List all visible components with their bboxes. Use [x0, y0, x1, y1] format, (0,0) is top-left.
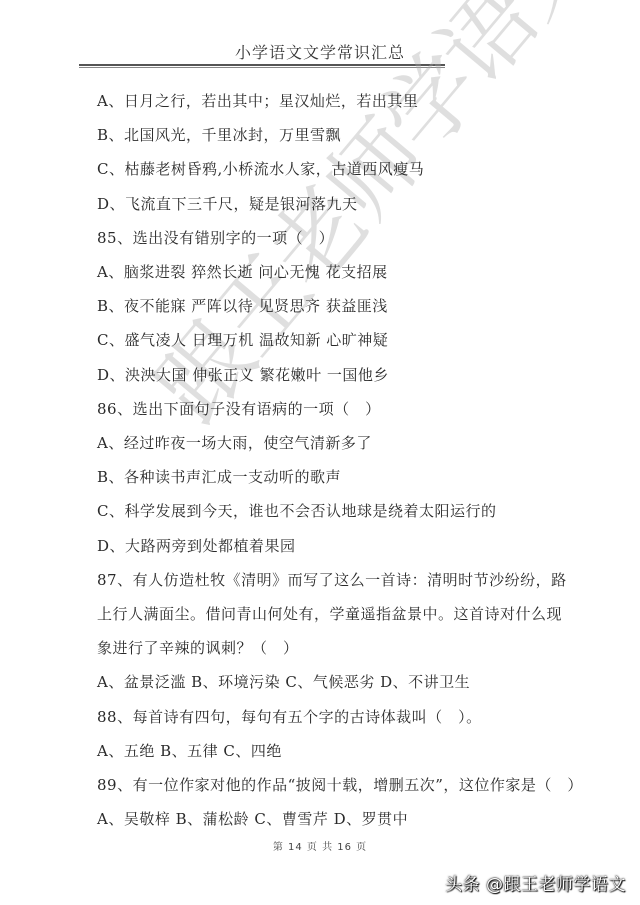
question-89: 89、有一位作家对他的作品“披阅十载，增删五次”，这位作家是（ ） — [97, 768, 547, 802]
question-87-cont: 上行人满面尘。借问青山何处有，学童遥指盆景中。这首诗对什么现 — [97, 597, 547, 631]
option-line: A、经过昨夜一场大雨，使空气清新多了 — [97, 426, 547, 460]
header-separator — [79, 64, 445, 68]
option-line: C、盛气凌人 日理万机 温故知新 心旷神疑 — [97, 323, 547, 357]
option-line: A、五绝 B、五律 C、四绝 — [97, 734, 547, 768]
option-line: A、脑浆进裂 猝然长逝 问心无愧 花支招展 — [97, 255, 547, 289]
option-line: A、日月之行，若出其中；星汉灿烂，若出其里 — [97, 84, 547, 118]
question-87: 87、有人仿造杜牧《清明》而写了这么一首诗：清明时节沙纷纷，路 — [97, 563, 547, 597]
option-line: D、飞流直下三千尺，疑是银河落九天 — [97, 187, 547, 221]
question-88: 88、每首诗有四句，每句有五个字的古诗体裁叫（ ）。 — [97, 700, 547, 734]
option-line: B、夜不能寐 严阵以待 见贤思齐 获益匪浅 — [97, 289, 547, 323]
option-line: C、枯藤老树昏鸦,小桥流水人家，古道西风瘦马 — [97, 152, 547, 186]
option-line: C、科学发展到今天，谁也不会否认地球是绕着太阳运行的 — [97, 494, 547, 528]
option-line: B、各种读书声汇成一支动听的歌声 — [97, 460, 547, 494]
option-line: A、盆景泛滥 B、环境污染 C、气候恶劣 D、不讲卫生 — [97, 665, 547, 699]
option-line: D、泱泱大国 伸张正义 繁花嫩叶 一国他乡 — [97, 358, 547, 392]
option-line: D、大路两旁到处都植着果园 — [97, 529, 547, 563]
option-line: B、北国风光，千里冰封，万里雪飘 — [97, 118, 547, 152]
source-credit: 头条 @跟王老师学语文 — [445, 870, 626, 895]
page-indicator: 第 14 页 共 16 页 — [0, 838, 640, 853]
question-87-cont: 象进行了辛辣的讽刺？（ ） — [97, 631, 547, 665]
option-line: A、吴敬梓 B、蒲松龄 C、曹雪芹 D、罗贯中 — [97, 802, 547, 836]
document-body: A、日月之行，若出其中；星汉灿烂，若出其里 B、北国风光，千里冰封，万里雪飘 C… — [97, 84, 547, 836]
question-86: 86、选出下面句子没有语病的一项（ ） — [97, 392, 547, 426]
page-header-title: 小学语文文学常识汇总 — [0, 40, 640, 63]
question-85: 85、选出没有错别字的一项（ ） — [97, 221, 547, 255]
